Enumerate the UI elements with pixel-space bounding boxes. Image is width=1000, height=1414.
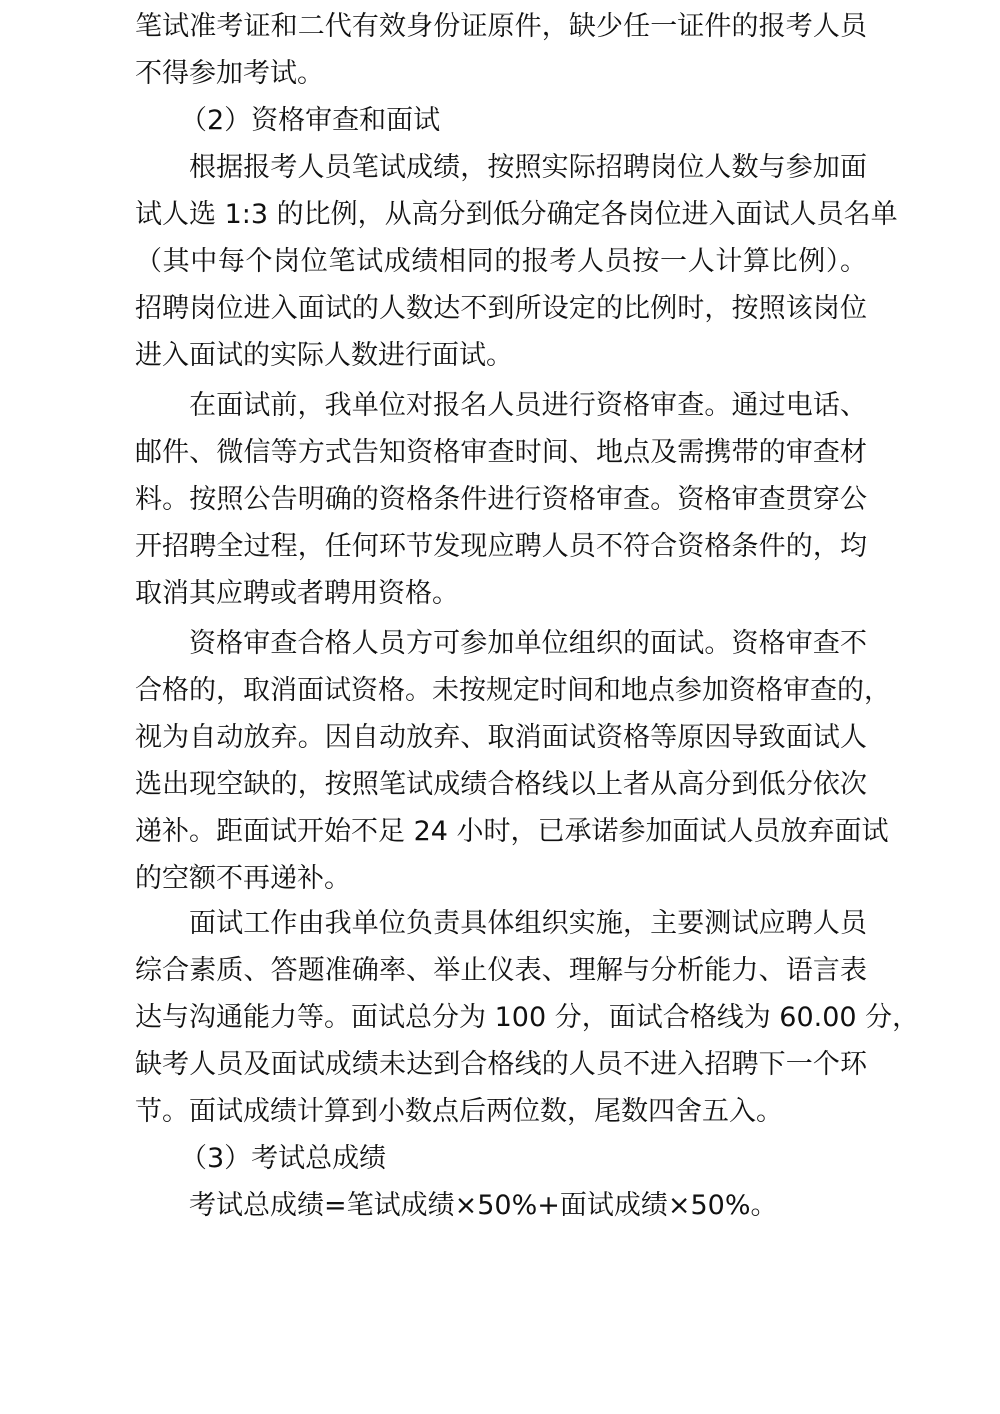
paragraph-line: 根据报考人员笔试成绩，按照实际招聘岗位人数与参加面 — [189, 148, 867, 188]
document-page: 笔试准考证和二代有效身份证原件，缺少任一证件的报考人员 不得参加考试。 （2）资… — [0, 0, 1000, 1414]
paragraph-line: 递补。距面试开始不足 24 小时，已承诺参加面试人员放弃面试 — [135, 812, 867, 852]
paragraph-line: 节。面试成绩计算到小数点后两位数，尾数四舍五入。 — [135, 1092, 867, 1132]
paragraph-line: 料。按照公告明确的资格条件进行资格审查。资格审查贯穿公 — [135, 480, 867, 520]
paragraph-line: 招聘岗位进入面试的人数达不到所设定的比例时，按照该岗位 — [135, 289, 867, 329]
paragraph-line: 选出现空缺的，按照笔试成绩合格线以上者从高分到低分依次 — [135, 765, 867, 805]
paragraph-line: 笔试准考证和二代有效身份证原件，缺少任一证件的报考人员 — [135, 7, 867, 47]
paragraph-line: 达与沟通能力等。面试总分为 100 分，面试合格线为 60.00 分， — [135, 998, 867, 1038]
paragraph-line: 在面试前，我单位对报名人员进行资格审查。通过电话、 — [189, 386, 867, 426]
formula-line: 考试总成绩=笔试成绩×50%+面试成绩×50%。 — [189, 1186, 867, 1226]
paragraph-line: 取消其应聘或者聘用资格。 — [135, 574, 867, 614]
paragraph-line: 进入面试的实际人数进行面试。 — [135, 336, 867, 376]
section-heading-2: （2）资格审查和面试 — [180, 101, 780, 141]
paragraph-line: 合格的，取消面试资格。未按规定时间和地点参加资格审查的， — [135, 671, 867, 711]
section-heading-3: （3）考试总成绩 — [180, 1139, 780, 1179]
paragraph-line: 开招聘全过程，任何环节发现应聘人员不符合资格条件的，均 — [135, 527, 867, 567]
paragraph-line: 面试工作由我单位负责具体组织实施，主要测试应聘人员 — [189, 904, 867, 944]
paragraph-line: 综合素质、答题准确率、举止仪表、理解与分析能力、语言表 — [135, 951, 867, 991]
paragraph-line: 资格审查合格人员方可参加单位组织的面试。资格审查不 — [189, 624, 867, 664]
paragraph-line: 邮件、微信等方式告知资格审查时间、地点及需携带的审查材 — [135, 433, 867, 473]
paragraph-line: 缺考人员及面试成绩未达到合格线的人员不进入招聘下一个环 — [135, 1045, 867, 1085]
paragraph-line: 视为自动放弃。因自动放弃、取消面试资格等原因导致面试人 — [135, 718, 867, 758]
paragraph-line: 试人选 1:3 的比例，从高分到低分确定各岗位进入面试人员名单 — [135, 195, 867, 235]
paragraph-line: 不得参加考试。 — [135, 54, 867, 94]
paragraph-line: 的空额不再递补。 — [135, 859, 867, 899]
paragraph-line: （其中每个岗位笔试成绩相同的报考人员按一人计算比例）。 — [135, 242, 867, 282]
